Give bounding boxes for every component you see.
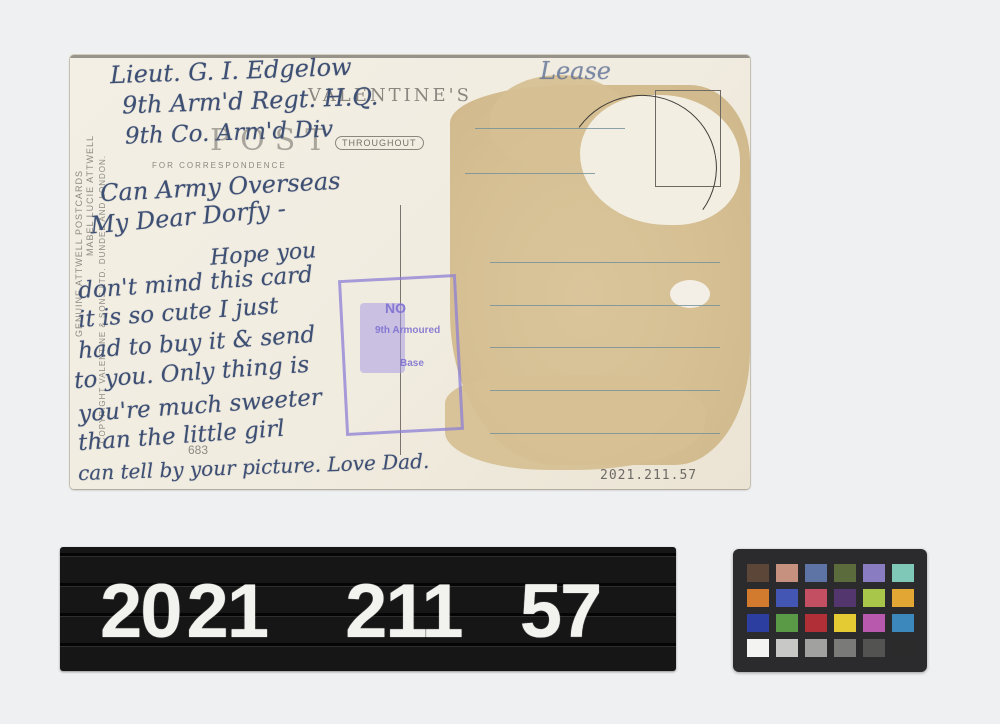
color-swatch	[892, 564, 914, 582]
color-swatch	[863, 639, 885, 657]
accession-letterboard: 20 21 211 57	[60, 547, 676, 671]
color-swatch	[805, 614, 827, 632]
top-right-scrawl: Lease	[540, 57, 611, 85]
address-line	[490, 433, 720, 434]
correspondence-label: FOR CORRESPONDENCE	[152, 161, 287, 170]
digit-group-year-b: 21	[187, 574, 268, 650]
address-line	[490, 262, 720, 263]
address-line	[490, 305, 720, 306]
color-swatch	[776, 589, 798, 607]
color-swatch	[863, 564, 885, 582]
postcard-back: GENUINE ATTWELL POSTCARDS MABEL LUCIE AT…	[70, 55, 750, 489]
handwriting-line: 9th Arm'd Regt. H.Q.	[122, 83, 379, 120]
color-swatch	[747, 639, 769, 657]
color-swatch	[834, 639, 856, 657]
color-swatch	[863, 589, 885, 607]
color-swatch	[834, 589, 856, 607]
color-swatch	[863, 614, 885, 632]
color-swatch	[892, 614, 914, 632]
color-swatch	[747, 564, 769, 582]
color-swatch	[805, 639, 827, 657]
color-swatch	[834, 564, 856, 582]
board-digits: 20 21 211 57	[100, 574, 600, 650]
color-swatch	[805, 564, 827, 582]
color-checker-card	[733, 549, 927, 672]
color-swatch	[747, 589, 769, 607]
accession-number: 2021.211.57	[600, 468, 697, 483]
address-line	[490, 390, 720, 391]
board-groove-highlight	[60, 556, 676, 557]
censor-stamp-line2: 9th Armoured	[375, 325, 440, 336]
address-line	[490, 347, 720, 348]
print-number: 683	[188, 443, 208, 457]
color-swatch	[805, 589, 827, 607]
handwriting-line: can tell by your picture. Love Dad.	[78, 449, 430, 485]
color-swatch	[776, 564, 798, 582]
color-swatch	[776, 614, 798, 632]
color-swatch	[776, 639, 798, 657]
throughout-badge: THROUGHOUT	[335, 136, 424, 150]
color-swatch	[834, 614, 856, 632]
color-checker-grid	[747, 564, 914, 657]
censor-stamp-line3: Base	[400, 358, 424, 369]
censor-stamp-line1: NO	[385, 300, 406, 316]
torn-paper-spot	[670, 280, 710, 308]
digit-group-year-a: 20	[100, 574, 181, 650]
color-swatch	[892, 589, 914, 607]
digit-group-item: 57	[520, 574, 601, 650]
color-swatch	[892, 639, 914, 657]
color-swatch	[747, 614, 769, 632]
postcard-top-edge	[70, 55, 750, 58]
digit-group-lot: 211	[345, 574, 462, 650]
